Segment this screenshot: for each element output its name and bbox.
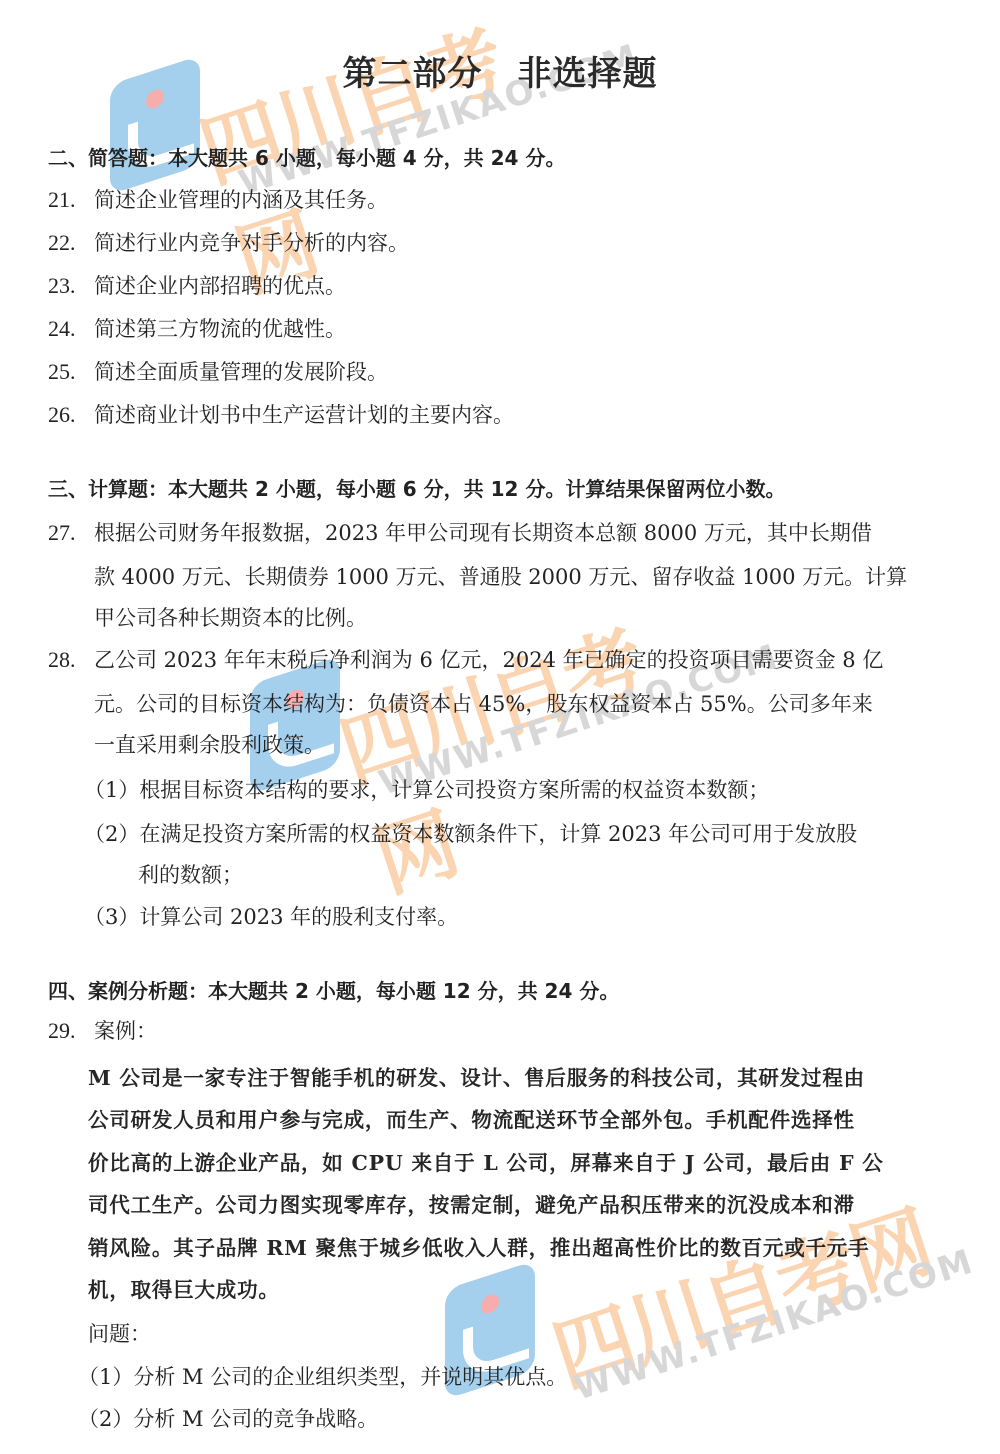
case-text-line-4: 司代工生产。公司力图实现零库存，按需定制，避免产品积压带来的沉没成本和滞 (88, 1191, 855, 1219)
question-29-sub-1: （1）分析 M 公司的企业组织类型，并说明其优点。 (78, 1363, 567, 1391)
question-28-line-3: 一直采用剩余股利政策。 (94, 731, 325, 759)
question-23: 23.简述企业内部招聘的优点。 (48, 272, 346, 300)
sub-label: （3） (84, 905, 139, 929)
question-29: 29.案例： (48, 1017, 157, 1045)
question-number: 28. (48, 646, 94, 674)
question-text: 简述企业内部招聘的优点。 (94, 274, 346, 298)
question-22: 22.简述行业内竞争对手分析的内容。 (48, 229, 409, 257)
question-text-line: 乙公司 2023 年年末税后净利润为 6 亿元，2024 年已确定的投资项目需要… (94, 648, 883, 672)
question-text: 简述企业管理的内涵及其任务。 (94, 188, 388, 212)
question-text-line: 根据公司财务年报数据，2023 年甲公司现有长期资本总额 8000 万元，其中长… (94, 521, 872, 545)
case-text-line-5: 销风险。其子品牌 RM 聚焦于城乡低收入人群，推出超高性价比的数百元或千元手 (88, 1234, 869, 1262)
question-28-sub-2-line-2: 利的数额； (138, 861, 243, 889)
question-label: 问题： (88, 1320, 151, 1348)
case-text-line-3: 价比高的上游企业产品，如 CPU 来自于 L 公司，屏幕来自于 J 公司，最后由… (88, 1149, 884, 1177)
question-28-sub-2: （2）在满足投资方案所需的权益资本数额条件下，计算 2023 年公司可用于发放股 (84, 820, 857, 848)
question-number: 29. (48, 1017, 94, 1045)
question-number: 26. (48, 401, 94, 429)
section-heading-calculation: 三、计算题：本大题共 2 小题，每小题 6 分，共 12 分。计算结果保留两位小… (48, 475, 785, 503)
question-25: 25.简述全面质量管理的发展阶段。 (48, 358, 388, 386)
section-heading-short-answer: 二、简答题：本大题共 6 小题，每小题 4 分，共 24 分。 (48, 144, 565, 172)
question-text: 简述全面质量管理的发展阶段。 (94, 360, 388, 384)
question-28-sub-3: （3）计算公司 2023 年的股利支付率。 (84, 903, 458, 931)
question-text: 简述行业内竞争对手分析的内容。 (94, 231, 409, 255)
question-29-sub-2: （2）分析 M 公司的竞争战略。 (78, 1405, 378, 1433)
question-21: 21.简述企业管理的内涵及其任务。 (48, 186, 388, 214)
question-number: 23. (48, 272, 94, 300)
question-27-line-3: 甲公司各种长期资本的比例。 (94, 604, 367, 632)
question-text: 简述第三方物流的优越性。 (94, 317, 346, 341)
question-number: 21. (48, 186, 94, 214)
watermark-brand: 四川自考网 (324, 577, 756, 913)
question-27: 27.根据公司财务年报数据，2023 年甲公司现有长期资本总额 8000 万元，… (48, 519, 872, 547)
sub-text: 分析 M 公司的企业组织类型，并说明其优点。 (133, 1365, 567, 1389)
watermark-url: WWW.TFZIKAO.COM (569, 1241, 979, 1408)
exam-page: 四川自考网 WWW.TFZIKAO.COM 四川自考网 WWW.TFZIKAO.… (0, 0, 1000, 1454)
sub-text: 根据目标资本结构的要求，计算公司投资方案所需的权益资本数额； (139, 778, 769, 802)
case-text-line-6: 机，取得巨大成功。 (88, 1276, 280, 1304)
question-28-line-2: 元。公司的目标资本结构为：负债资本占 45%，股东权益资本占 55%。公司多年来 (94, 690, 873, 718)
question-28-sub-1: （1）根据目标资本结构的要求，计算公司投资方案所需的权益资本数额； (84, 776, 769, 804)
sub-text: 在满足投资方案所需的权益资本数额条件下，计算 2023 年公司可用于发放股 (139, 822, 857, 846)
sub-label: （2） (78, 1407, 133, 1431)
question-26: 26.简述商业计划书中生产运营计划的主要内容。 (48, 401, 514, 429)
question-27-line-2: 款 4000 万元、长期债券 1000 万元、普通股 2000 万元、留存收益 … (94, 563, 907, 591)
question-number: 22. (48, 229, 94, 257)
question-text: 简述商业计划书中生产运营计划的主要内容。 (94, 403, 514, 427)
watermark-bottom: 四川自考网 WWW.TFZIKAO.COM (445, 1235, 965, 1454)
page-title: 第二部分 非选择题 (0, 46, 1000, 95)
question-24: 24.简述第三方物流的优越性。 (48, 315, 346, 343)
question-number: 24. (48, 315, 94, 343)
sub-text: 计算公司 2023 年的股利支付率。 (139, 905, 458, 929)
question-28: 28.乙公司 2023 年年末税后净利润为 6 亿元，2024 年已确定的投资项… (48, 646, 883, 674)
sub-label: （1） (84, 778, 139, 802)
sub-text: 分析 M 公司的竞争战略。 (133, 1407, 378, 1431)
case-text-line-2: 公司研发人员和用户参与完成，而生产、物流配送环节全部外包。手机配件选择性 (88, 1106, 855, 1134)
watermark-logo-icon (250, 655, 340, 794)
question-number: 27. (48, 519, 94, 547)
section-heading-case-analysis: 四、案例分析题：本大题共 2 小题，每小题 12 分，共 24 分。 (48, 977, 619, 1005)
case-text-line-1: M 公司是一家专注于智能手机的研发、设计、售后服务的科技公司，其研发过程由 (88, 1064, 865, 1092)
sub-label: （1） (78, 1365, 133, 1389)
sub-label: （2） (84, 822, 139, 846)
case-label: 案例： (94, 1019, 157, 1043)
question-number: 25. (48, 358, 94, 386)
